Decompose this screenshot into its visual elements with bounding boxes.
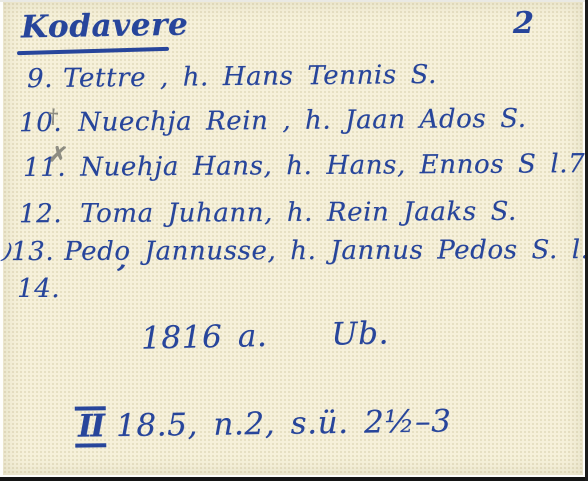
year-line: 1816 a.Ub. <box>141 315 390 356</box>
card-title: Kodavere <box>21 7 189 46</box>
scanned-card: Kodavere 2 9. Tettre , h. Hans Tennis S.… <box>0 0 588 481</box>
entry-row-9: 9. Tettre , h. Hans Tennis S. <box>27 60 437 94</box>
entry-row-13: 13. Pedo Jannusse, h. Jannus Pedos S. l.… <box>11 235 588 267</box>
pencil-cross-mark: † <box>47 104 59 129</box>
scan-edge-bottom <box>0 477 588 481</box>
roman-numeral-ii: II <box>75 406 107 447</box>
year-value: 1816 a. <box>141 318 268 357</box>
entry-text: Nuehja Hans, h. Hans, Ennos S l.7 <box>80 149 585 183</box>
entry-row-11: 11. Nuehja Hans, h. Hans, Ennos S l.7 <box>23 149 585 183</box>
entry-text: Toma Juhann, h. Rein Jaaks S. <box>80 197 517 229</box>
index-card: Kodavere 2 9. Tettre , h. Hans Tennis S.… <box>3 2 583 475</box>
entry-number: 12. <box>19 199 62 229</box>
entry-number: 13. <box>11 237 54 267</box>
title-underline <box>17 47 169 55</box>
pencil-x-mark: ✗ <box>47 141 69 169</box>
year-abbrev: Ub. <box>331 315 389 352</box>
entry-row-10: 10. Nuechja Rein , h. Jaan Ados S. <box>19 104 527 138</box>
entry-text: Pedo Jannusse, h. Jannus Pedos S. l.8 <box>64 235 588 267</box>
entry-number: 14. <box>17 274 60 304</box>
entry-text: Nuechja Rein , h. Jaan Ados S. <box>78 104 527 138</box>
reference-text: 18.5, n.2, s.ü. 2½–3 <box>116 403 452 444</box>
archival-reference-line: II18.5, n.2, s.ü. 2½–3 <box>75 401 452 447</box>
entry-row-14: 14. <box>17 274 70 304</box>
entry-number: 9. <box>27 64 53 94</box>
entry-text: Tettre , h. Hans Tennis S. <box>63 60 437 94</box>
entry-row-12: 12. Toma Juhann, h. Rein Jaaks S. <box>19 197 517 230</box>
page-number: 2 <box>513 6 534 41</box>
